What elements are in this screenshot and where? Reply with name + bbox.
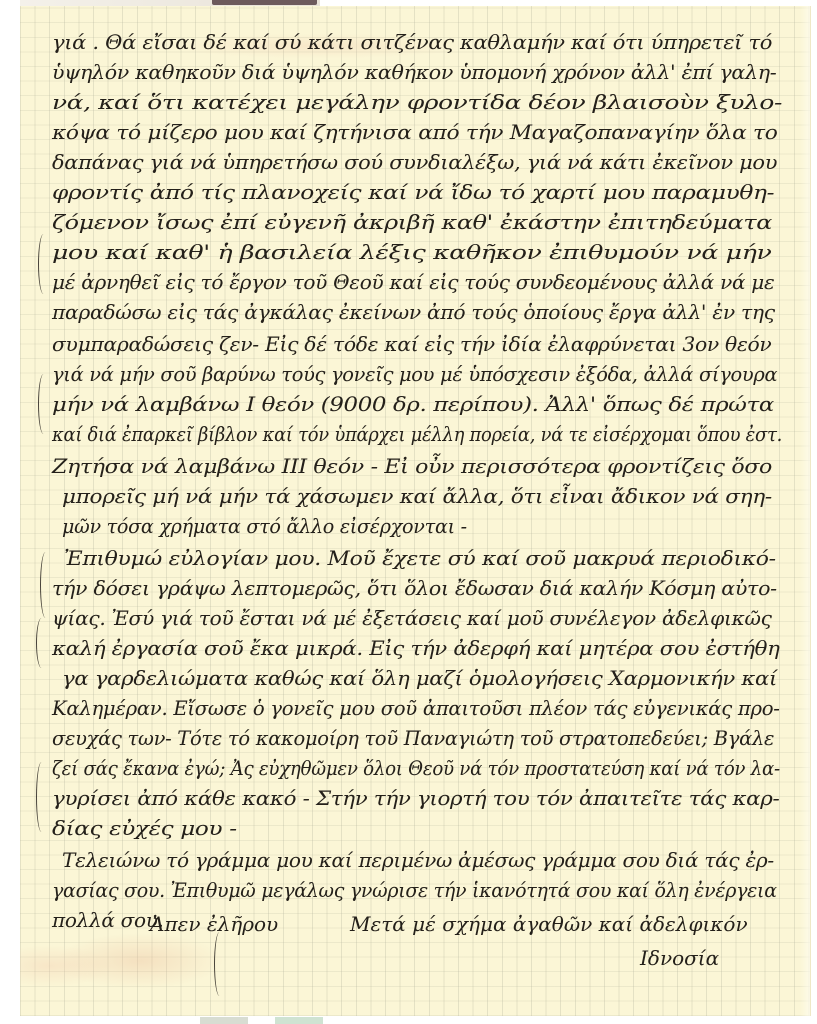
handwritten-line: φροντίς ἀπό τίς πλανοχείς καί νά ἴδω τό …	[52, 180, 774, 204]
closing-salutation: Ἀπεν ἐλῆρου	[150, 912, 278, 936]
handwritten-line: νά, καί ὅτι κατέχει μεγάλην φροντίδα δέο…	[52, 90, 782, 114]
handwritten-line: δίας εὐχές μου -	[52, 816, 237, 840]
handwritten-line: ζεί σάς ἔκανα ἐγώ; Ἀς εὐχηθῶμεν ὅλοι Θεο…	[52, 756, 780, 780]
handwritten-line: ὑψηλόν καθηκοῦν διά ὑψηλόν καθήκον ὑπομο…	[52, 60, 776, 84]
handwritten-line: μπορεῖς μή νά μήν τά χάσωμεν καί ἄλλα, ὅ…	[62, 484, 772, 508]
pen-flourish	[214, 932, 225, 996]
handwritten-line: Καλημέραν. Εἴσωσε ὁ γονεῖς μου σοῦ ἀπαιτ…	[52, 696, 780, 720]
handwritten-line: καλή ἐργασία σοῦ ἔκα μικρά. Εἰς τήν ἀδερ…	[52, 636, 780, 660]
handwritten-line: ψίας. Ἐσύ γιά τοῦ ἔσται νά μέ ἐξετάσεις …	[52, 606, 772, 630]
letter-page: γιά . Θά εἴσαι δέ καί σύ κάτι σιτζένας κ…	[20, 6, 810, 1016]
pen-flourish	[38, 234, 49, 294]
handwritten-line: γυρίσει ἀπό κάθε κακό - Στήν τήν γιορτή …	[52, 786, 779, 810]
paper-top-scrap	[212, 0, 317, 5]
pen-flourish	[36, 762, 47, 832]
handwritten-line: γιά νά μήν σοῦ βαρύνω τούς γονεῖς μου μέ…	[52, 362, 777, 386]
handwritten-line: μήν νά λαμβάνω Ι θεόν (9000 δρ. περίπου)…	[52, 392, 774, 416]
signature: Ιδνοσία	[640, 946, 719, 970]
handwritten-line: σευχάς των- Τότε τό κακομοίρη τοῦ Παναγι…	[52, 726, 774, 750]
handwritten-line: μέ ἀρνηθεῖ εἰς τό ἔργον τοῦ Θεοῦ καί εἰς…	[52, 270, 775, 294]
handwritten-line: καί διά ἐπαρκεῖ βίβλον καί τόν ὑπάρχει μ…	[52, 422, 782, 446]
closing-greeting: Μετά μέ σχήμα ἀγαθῶν καί ἀδελφικόν	[350, 912, 748, 936]
handwritten-line: Ἐπιθυμώ εὐλογίαν μου. Μοῦ ἔχετε σύ καί σ…	[64, 546, 776, 570]
handwritten-line: Ζητήσα νά λαμβάνω ΙΙΙ θεόν - Εἰ οὖν περι…	[52, 454, 772, 478]
handwritten-line: πολλά σου.	[52, 908, 164, 932]
pen-flourish	[36, 618, 47, 668]
handwritten-line: γα γαρδελιώματα καθώς καί ὅλη μαζί ὁμολο…	[62, 666, 777, 690]
handwritten-line: δαπάνας γιά νά ὑπηρετήσω σού συνδιαλέξω,…	[52, 150, 777, 174]
handwritten-line: παραδώσω εἰς τάς ἀγκάλας ἐκείνων ἀπό τού…	[52, 300, 775, 324]
handwritten-line: γασίας σου. Ἐπιθυμῶ μεγάλως γνώρισε τήν …	[52, 878, 777, 902]
pen-flourish	[38, 374, 49, 434]
handwritten-line: τήν δόσει γράψω λεπτομερῶς, ὅτι ὅλοι ἔδω…	[52, 576, 777, 600]
handwritten-line: συμπαραδώσεις ζεν- Εἰς δέ τόδε καί εἰς τ…	[52, 332, 771, 356]
handwritten-line: μου καί καθ' ἡ βασιλεία λέξις καθῆκον ἐπ…	[52, 240, 771, 264]
handwritten-line: ζόμενον ἴσως ἐπί εὐγενῆ ἀκριβῆ καθ' ἐκάσ…	[52, 210, 772, 234]
handwritten-line: κόψα τό μίζερο μου καί ζητήνισα από τήν …	[52, 120, 778, 144]
handwritten-line: μῶν τόσα χρήματα στό ἄλλο εἰσέρχονται -	[62, 514, 467, 538]
scan-edge-tab	[275, 1017, 323, 1024]
scan-edge-tab	[200, 1017, 248, 1024]
handwritten-line: γιά . Θά εἴσαι δέ καί σύ κάτι σιτζένας κ…	[52, 30, 772, 54]
pen-flourish	[40, 552, 51, 618]
handwritten-line: Τελειώνω τό γράμμα μου καί περιμένω ἀμέσ…	[62, 848, 774, 872]
